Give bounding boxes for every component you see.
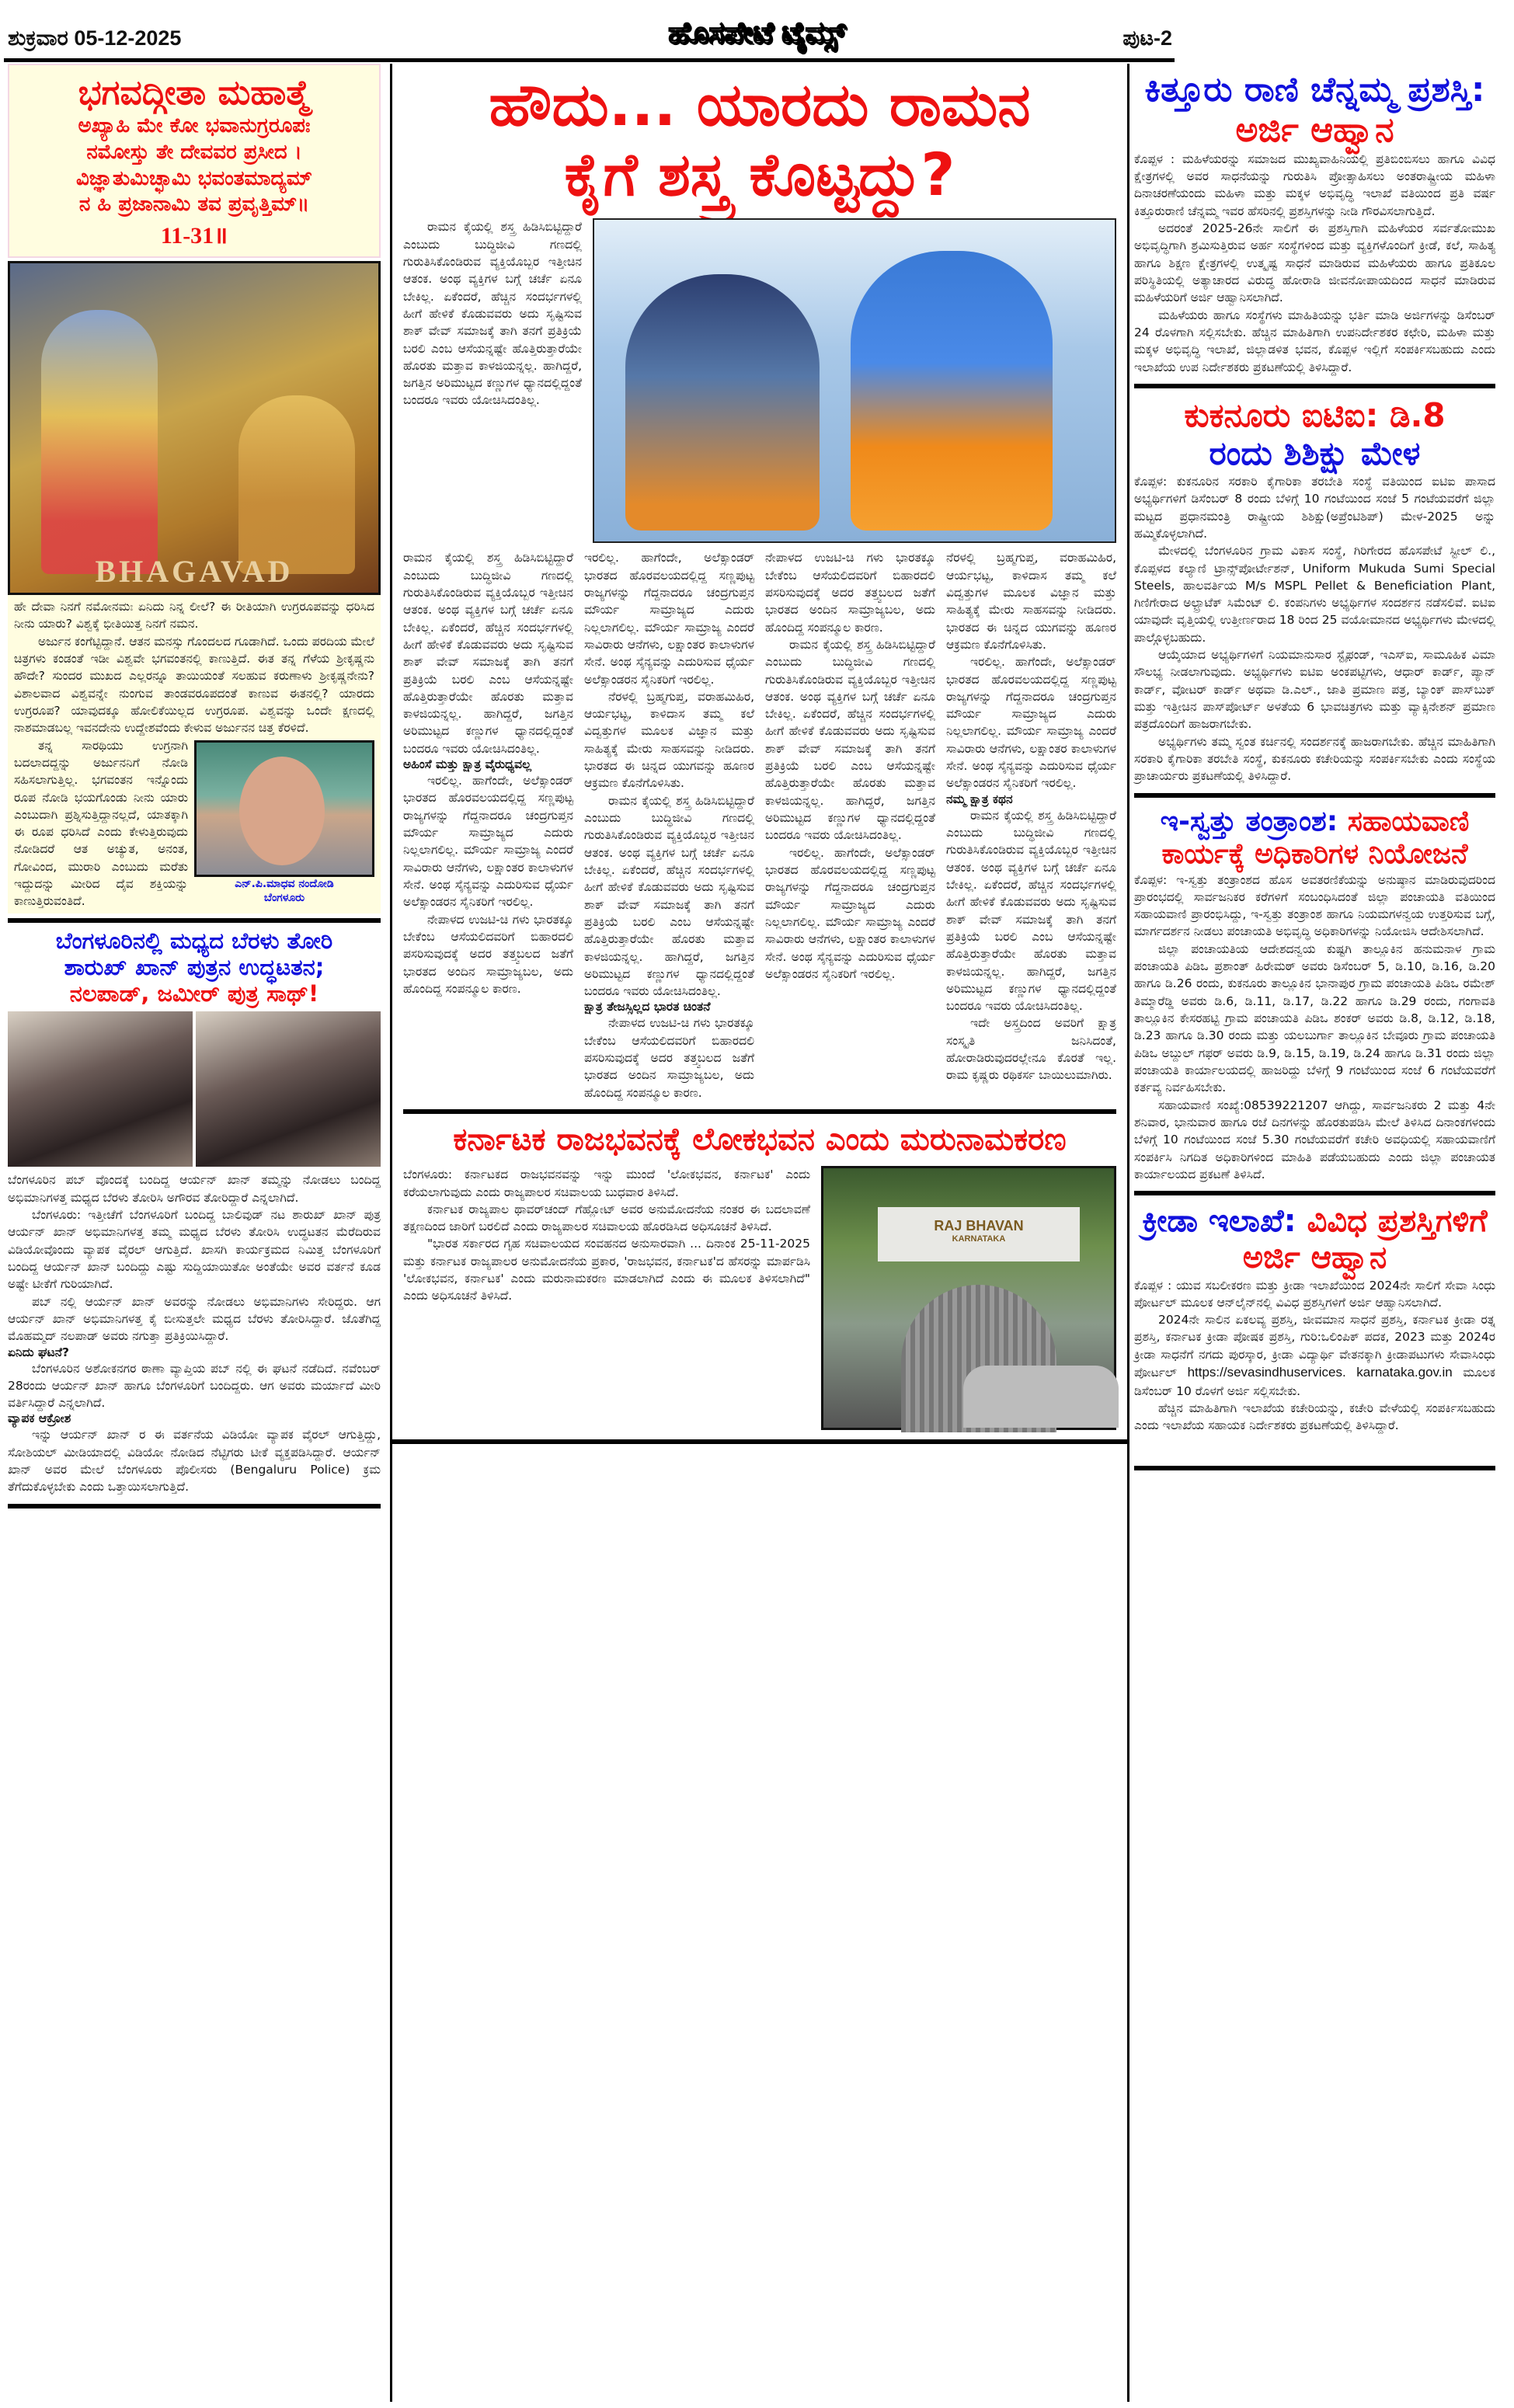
- lead-columns: ರಾಮನ ಕೈಯಲ್ಲಿ ಶಸ್ತ್ರ ಹಿಡಿಸಿಬಿಟ್ಟಿದ್ದಾರೆ ಎ…: [392, 543, 1127, 1101]
- article-paragraph: ಇರಲಿಲ್ಲ. ಹಾಗೆಂದೇ, ಅಲೆಕ್ಸಾಂಡರ್ ಭಾರತದ ಹೊರವ…: [584, 549, 754, 688]
- gita-paragraph: ಹೇ ದೇವಾ ನಿನಗೆ ನಮೋನಮಃ ಏನಿದು ನಿನ್ನ ಲೀಲೆ? ಈ…: [14, 598, 374, 633]
- divider: [1134, 793, 1495, 798]
- gita-verse-line: ವಿಜ್ಞಾತುಮಿಚ್ಛಾಮಿ ಭವಂತಮಾದ್ಯಮ್: [16, 166, 373, 193]
- divider: [403, 1109, 1116, 1114]
- article-subheading: ನಮ್ಮ ಕ್ಷಾತ್ರ ಕಥನ: [946, 792, 1116, 807]
- gita-paragraph: ಅರ್ಜುನ ಕಂಗೆಟ್ಟಿದ್ದಾನೆ. ಆತನ ಮನಸ್ಸು ಗೊಂದಲದ…: [14, 633, 374, 737]
- kuknoor-article: ಕುಕನೂರು ಐಟಿಐ: ಡಿ.8 ರಂದು ಶಿಶಿಕ್ಷು ಮೇಳ ಕೊಪ…: [1134, 396, 1495, 785]
- article-heading-blue: ಇ-ಸ್ವತ್ತು ತಂತ್ರಾಂಶ:: [1161, 806, 1338, 837]
- author-place: ಬೆಂಗಳೂರು: [194, 891, 374, 905]
- article-subheading: ವ್ಯಾಪಕ ಆಕ್ರೋಶ: [8, 1411, 381, 1426]
- gita-box: ಭಗವದ್ಗೀತಾ ಮಹಾತ್ಮೆ ಅಖ್ಯಾಹಿ ಮೇ ಕೋ ಭವಾನುಗ್ರ…: [8, 64, 381, 258]
- article-paragraph: ಮೇಳದಲ್ಲಿ ಬೆಂಗಳೂರಿನ ಗ್ರಾಮ ವಿಕಾಸ ಸಂಸ್ಥೆ, ಗ…: [1134, 542, 1495, 646]
- divider: [8, 1504, 381, 1508]
- author-photo-box: ಎನ್.ಪಿ.ಮಾಧವ ನಂದೋಡಿ ಬೆಂಗಳೂರು: [194, 740, 374, 905]
- rajbhavan-headline: ಕರ್ನಾಟಕ ರಾಜಭವನಕ್ಕೆ ಲೋಕಭವನ ಎಂದು ಮರುನಾಮಕರಣ: [392, 1122, 1127, 1158]
- sevasindhu-link[interactable]: https://sevasindhuservices.: [1188, 1365, 1346, 1380]
- article-paragraph: ಇದೇ ಅಸ್ತ್ರದಿಂದ ಅವರಿಗೆ ಕ್ಷಾತ್ರ ಸಂಸ್ಕೃತಿ ಜ…: [946, 1014, 1116, 1084]
- lead-headline-line: ಕೈಗೆ ಶಸ್ತ್ರ ಕೊಟ್ಟದ್ದು?: [392, 140, 1127, 210]
- article-paragraph: ಹೆಚ್ಚಿನ ಮಾಹಿತಿಗಾಗಿ ಇಲಾಖೆಯ ಕಚೇರಿಯನ್ನು, ಕಚ…: [1134, 1400, 1495, 1435]
- masthead-rule: [4, 58, 1175, 62]
- article-paragraph: ರಾಮನ ಕೈಯಲ್ಲಿ ಶಸ್ತ್ರ ಹಿಡಿಸಿಬಿಟ್ಟಿದ್ದಾರೆ ಎ…: [765, 636, 935, 844]
- rajbhavan-article: ಬೆಂಗಳೂರು: ಕರ್ನಾಟಕದ ರಾಜಭವನವನ್ನು ಇನ್ನು ಮುಂ…: [392, 1166, 1127, 1430]
- article-paragraph: ಕರ್ನಾಟಕ ರಾಜ್ಯಪಾಲ ಥಾವರ್‌ಚಂದ್ ಗೆಹ್ಲೋಟ್ ಅವರ…: [403, 1201, 810, 1236]
- page-number: ಪುಟ-2: [1122, 26, 1172, 51]
- article-paragraph: ರಾಮನ ಕೈಯಲ್ಲಿ ಶಸ್ತ್ರ ಹಿಡಿಸಿಬಿಟ್ಟಿದ್ದಾರೆ ಎ…: [403, 218, 582, 409]
- gita-article: ಹೇ ದೇವಾ ನಿನಗೆ ನಮೋನಮಃ ಏನಿದು ನಿನ್ನ ಲೀಲೆ? ಈ…: [8, 595, 381, 913]
- article-heading: ಬೆಂಗಳೂರಿನಲ್ಲಿ ಮಧ್ಯದ ಬೆರಳು ತೋರಿ: [8, 927, 381, 954]
- article-paragraph: ಬೆಂಗಳೂರು: ಇತ್ತೀಚೆಗೆ ಬೆಂಗಳೂರಿಗೆ ಬಂದಿದ್ದ ಬ…: [8, 1206, 381, 1293]
- newspaper-title: ಹೊಸಪೇಟೆ ಟೈಮ್ಸ್: [0, 17, 1514, 50]
- middle-column: ಹೌದು... ಯಾರದು ರಾಮನ ಕೈಗೆ ಶಸ್ತ್ರ ಕೊಟ್ಟದ್ದು…: [390, 64, 1129, 2402]
- article-paragraph: ನೇಪಾಳದ ಉಜಟಿ-ಚಿ ಗಳು ಭಾರತಕ್ಕೂ ಬೇಕೆಂಬ ಆಸೆಯಲ…: [403, 911, 573, 998]
- krishna-arjuna-image: BHAGAVAD: [8, 261, 381, 595]
- arjuna-figure: [238, 395, 355, 574]
- gita-verse-number: 11-31॥: [16, 218, 373, 250]
- article-paragraph: ನೆರಳಲ್ಲಿ ಬ್ರಹ್ಮಗುಪ್ತ, ವರಾಹಮಿಹಿರ, ಆರ್ಯಭಟ್…: [946, 549, 1116, 653]
- article-subheading: ಕ್ಷಾತ್ರ ತೇಜಸ್ಸಿಲ್ಲದ ಭಾರತ ಚಿಂತನೆ: [584, 1000, 754, 1014]
- lead-top: ರಾಮನ ಕೈಯಲ್ಲಿ ಶಸ್ತ್ರ ಹಿಡಿಸಿಬಿಟ್ಟಿದ್ದಾರೆ ಎ…: [392, 218, 1127, 543]
- right-column: ಕಿತ್ತೂರು ರಾಣಿ ಚೆನ್ನಮ್ಮ ಪ್ರಶಸ್ತಿ: ಅರ್ಜಿ ಆ…: [1134, 64, 1495, 1478]
- left-column: ಭಗವದ್ಗೀತಾ ಮಹಾತ್ಮೆ ಅಖ್ಯಾಹಿ ಮೇ ಕೋ ಭವಾನುಗ್ರ…: [8, 64, 381, 1516]
- article-subheading: ಏನಿದು ಘಟನೆ?: [8, 1345, 381, 1360]
- article-paragraph: ಇರಲಿಲ್ಲ. ಹಾಗೆಂದೇ, ಅಲೆಕ್ಸಾಂಡರ್ ಭಾರತದ ಹೊರವ…: [403, 772, 573, 911]
- article-heading: ಶಾರುಖ್ ಖಾನ್ ಪುತ್ರನ ಉದ್ಧಟತನ;: [8, 954, 381, 980]
- article-paragraph: ಜಿಲ್ಲಾ ಪಂಚಾಯತಿಯ ಆದೇಶದನ್ವಯ ಕುಷ್ಟಗಿ ತಾಲ್ಲೂ…: [1134, 941, 1495, 1097]
- kittur-article: ಕಿತ್ತೂರು ರಾಣಿ ಚೆನ್ನಮ್ಮ ಪ್ರಶಸ್ತಿ: ಅರ್ಜಿ ಆ…: [1134, 70, 1495, 376]
- lead-headline-line: ಹೌದು... ಯಾರದು ರಾಮನ: [392, 70, 1127, 140]
- rama-archer-image: [593, 218, 1116, 543]
- article-heading: ನಲಪಾಡ್, ಜಮೀರ್ ಪುತ್ರ ಸಾಥ್!: [8, 980, 381, 1007]
- author-photo: [194, 740, 374, 877]
- krishna-figure: [41, 310, 158, 574]
- article-paragraph: ಕೊಪ್ಪಳ: ಇ-ಸ್ವತ್ತು ತಂತ್ರಾಂಶದ ಹೊಸ ಅವತರಣಿಕೆ…: [1134, 872, 1495, 941]
- article-paragraph: ಅದರಂತೆ 2025-26ನೇ ಸಾಲಿಗೆ ಈ ಪ್ರಶಸ್ತಿಗಾಗಿ ಮ…: [1134, 220, 1495, 307]
- aryan-khan-article: ಬೆಂಗಳೂರಿನಲ್ಲಿ ಮಧ್ಯದ ಬೆರಳು ತೋರಿ ಶಾರುಖ್ ಖಾ…: [8, 927, 381, 1496]
- rajbhavan-gate-image: RAJ BHAVANKARNATAKA: [821, 1166, 1116, 1430]
- article-paragraph: ಮಹಿಳೆಯರು ಹಾಗೂ ಸಂಸ್ಥೆಗಳು ಮಾಹಿತಿಯನ್ನು ಭರ್ತ…: [1134, 307, 1495, 376]
- article-paragraph: ಕೊಪ್ಪಳ : ಮಹಿಳೆಯರನ್ನು ಸಮಾಜದ ಮುಖ್ಯವಾಹಿನಿಯಲ…: [1134, 151, 1495, 220]
- image-caption: BHAGAVAD: [10, 553, 378, 590]
- eswathu-article: ಇ-ಸ್ವತ್ತು ತಂತ್ರಾಂಶ: ಸಹಾಯವಾಣಿ ಕಾರ್ಯಕ್ಕೆ ಅ…: [1134, 806, 1495, 1184]
- article-paragraph: ಬೆಂಗಳೂರು: ಕರ್ನಾಟಕದ ರಾಜಭವನವನ್ನು ಇನ್ನು ಮುಂ…: [403, 1166, 810, 1201]
- divider: [8, 918, 381, 923]
- car-shape: [963, 1366, 1119, 1428]
- gita-verse-line: ಅಖ್ಯಾಹಿ ಮೇ ಕೋ ಭವಾನುಗ್ರರೂಪಃ: [16, 113, 373, 140]
- divider: [1134, 1191, 1495, 1195]
- article-paragraph: ರಾಮನ ಕೈಯಲ್ಲಿ ಶಸ್ತ್ರ ಹಿಡಿಸಿಬಿಟ್ಟಿದ್ದಾರೆ ಎ…: [403, 549, 573, 757]
- article-heading: ಕುಕನೂರು ಐಟಿಐ: ಡಿ.8: [1134, 396, 1495, 435]
- divider: [1134, 1466, 1495, 1470]
- gita-heading: ಭಗವದ್ಗೀತಾ ಮಹಾತ್ಮೆ: [16, 73, 373, 113]
- photo-left: [8, 1011, 193, 1167]
- article-heading-blue: ಕ್ರೀಡಾ ಇಲಾಖೆ:: [1142, 1203, 1296, 1239]
- rajbhavan-sign: RAJ BHAVANKARNATAKA: [878, 1207, 1080, 1261]
- gita-verse-line: ನಮೋಸ್ತು ತೇ ದೇವವರ ಪ್ರಸೀದ ।: [16, 140, 373, 166]
- article-paragraph: ಇರಲಿಲ್ಲ. ಹಾಗೆಂದೇ, ಅಲೆಕ್ಸಾಂಡರ್ ಭಾರತದ ಹೊರವ…: [946, 653, 1116, 792]
- article-paragraph: ರಾಮನ ಕೈಯಲ್ಲಿ ಶಸ್ತ್ರ ಹಿಡಿಸಿಬಿಟ್ಟಿದ್ದಾರೆ ಎ…: [584, 792, 754, 1000]
- article-paragraph: ಬೆಂಗಳೂರಿನ ಪಬ್ ವೊಂದಕ್ಕೆ ಬಂದಿದ್ದ ಆರ್ಯನ್ ಖಾ…: [8, 1171, 381, 1206]
- sports-article: ಕ್ರೀಡಾ ಇಲಾಖೆ: ವಿವಿಧ ಪ್ರಶಸ್ತಿಗಳಿಗೆ ಅರ್ಜಿ …: [1134, 1203, 1495, 1434]
- warrior-figure: [625, 274, 820, 531]
- article-heading-red: ಅರ್ಜಿ ಆಹ್ವಾನ: [1235, 110, 1394, 150]
- gita-verse-line: ನ ಹಿ ಪ್ರಜಾನಾಮಿ ತವ ಪ್ರವೃತ್ತಿಮ್॥: [16, 192, 373, 218]
- article-paragraph: ಇರಲಿಲ್ಲ. ಹಾಗೆಂದೇ, ಅಲೆಕ್ಸಾಂಡರ್ ಭಾರತದ ಹೊರವ…: [765, 844, 935, 983]
- article-paragraph: ಪಬ್ ನಲ್ಲಿ ಆರ್ಯನ್ ಖಾನ್ ಅವರನ್ನು ನೋಡಲು ಅಭಿಮ…: [8, 1293, 381, 1345]
- photo-right: [196, 1011, 381, 1167]
- article-paragraph: ಬೆಂಗಳೂರಿನ ಅಶೋಕನಗರ ಠಾಣಾ ವ್ಯಾಪ್ತಿಯ ಪಬ್ ನಲ್…: [8, 1360, 381, 1412]
- article-paragraph: ನೆರಳಲ್ಲಿ ಬ್ರಹ್ಮಗುಪ್ತ, ವರಾಹಮಿಹಿರ, ಆರ್ಯಭಟ್…: [584, 688, 754, 792]
- article-paragraph: ಕೊಪ್ಪಳ : ಯುವ ಸಬಲೀಕರಣ ಮತ್ತು ಕ್ರೀಡಾ ಇಲಾಖೆಯ…: [1134, 1277, 1495, 1312]
- article-subheading: ಅಹಿಂಸೆ ಮತ್ತು ಕ್ಷಾತ್ರ ವೈರುಧ್ಯವಲ್ಲ: [403, 757, 573, 772]
- article-heading: ರಂದು ಶಿಶಿಕ್ಷು ಮೇಳ: [1134, 434, 1495, 473]
- article-paragraph: ಆಯ್ಕೆಯಾದ ಅಭ್ಯರ್ಥಿಗಳಿಗೆ ನಿಯಮಾನುಸಾರ ಸ್ಟೈಫಂ…: [1134, 646, 1495, 733]
- article-paragraph: "ಭಾರತ ಸರ್ಕಾರದ ಗೃಹ ಸಚಿವಾಲಯದ ಸಂವಹನದ ಅನುಸಾರ…: [403, 1235, 810, 1304]
- author-name: ಎನ್.ಪಿ.ಮಾಧವ ನಂದೋಡಿ: [194, 877, 374, 891]
- article-heading-blue: ಕಿತ್ತೂರು ರಾಣಿ ಚೆನ್ನಮ್ಮ ಪ್ರಶಸ್ತಿ:: [1145, 70, 1485, 110]
- article-paragraph: ಅಭ್ಯರ್ಥಿಗಳು ತಮ್ಮ ಸ್ವಂತ ಕರ್ಚಿನಲ್ಲಿ ಸಂದರ್ಶ…: [1134, 733, 1495, 785]
- article-paragraph: ರಾಮನ ಕೈಯಲ್ಲಿ ಶಸ್ತ್ರ ಹಿಡಿಸಿಬಿಟ್ಟಿದ್ದಾರೆ ಎ…: [946, 807, 1116, 1015]
- divider: [1134, 384, 1495, 388]
- article-paragraph: ನೇಪಾಳದ ಉಜಟಿ-ಚಿ ಗಳು ಭಾರತಕ್ಕೂ ಬೇಕೆಂಬ ಆಸೆಯಲ…: [765, 549, 935, 636]
- article-paragraph: ಕೊಪ್ಪಳ: ಕುಕನೂರಿನ ಸರಕಾರಿ ಕೈಗಾರಿಕಾ ತರಬೇತಿ …: [1134, 473, 1495, 542]
- rama-figure: [851, 251, 1053, 531]
- divider: [392, 1439, 1127, 1444]
- article-paragraph: ಸಹಾಯವಾಣಿ ಸಂಖ್ಯೆ:08539221207 ಆಗಿದ್ದು, ಸಾರ…: [1134, 1097, 1495, 1184]
- aryan-photos: [8, 1011, 381, 1167]
- sevasindhu-link[interactable]: karnataka.gov.in: [1356, 1365, 1452, 1380]
- masthead: ಶುಕ್ರವಾರ 05-12-2025 ಹೊಸಪೇಟೆ ಟೈಮ್ಸ್ ಪುಟ-2: [0, 0, 1514, 59]
- article-paragraph: ಇನ್ನು ಆರ್ಯನ್ ಖಾನ್ ರ ಈ ವರ್ತನೆಯ ವಿಡಿಯೋ ವ್ಯ…: [8, 1426, 381, 1495]
- lead-headline: ಹೌದು... ಯಾರದು ರಾಮನ ಕೈಗೆ ಶಸ್ತ್ರ ಕೊಟ್ಟದ್ದು…: [392, 70, 1127, 209]
- article-paragraph: ನೇಪಾಳದ ಉಜಟಿ-ಚಿ ಗಳು ಭಾರತಕ್ಕೂ ಬೇಕೆಂಬ ಆಸೆಯಲ…: [584, 1014, 754, 1101]
